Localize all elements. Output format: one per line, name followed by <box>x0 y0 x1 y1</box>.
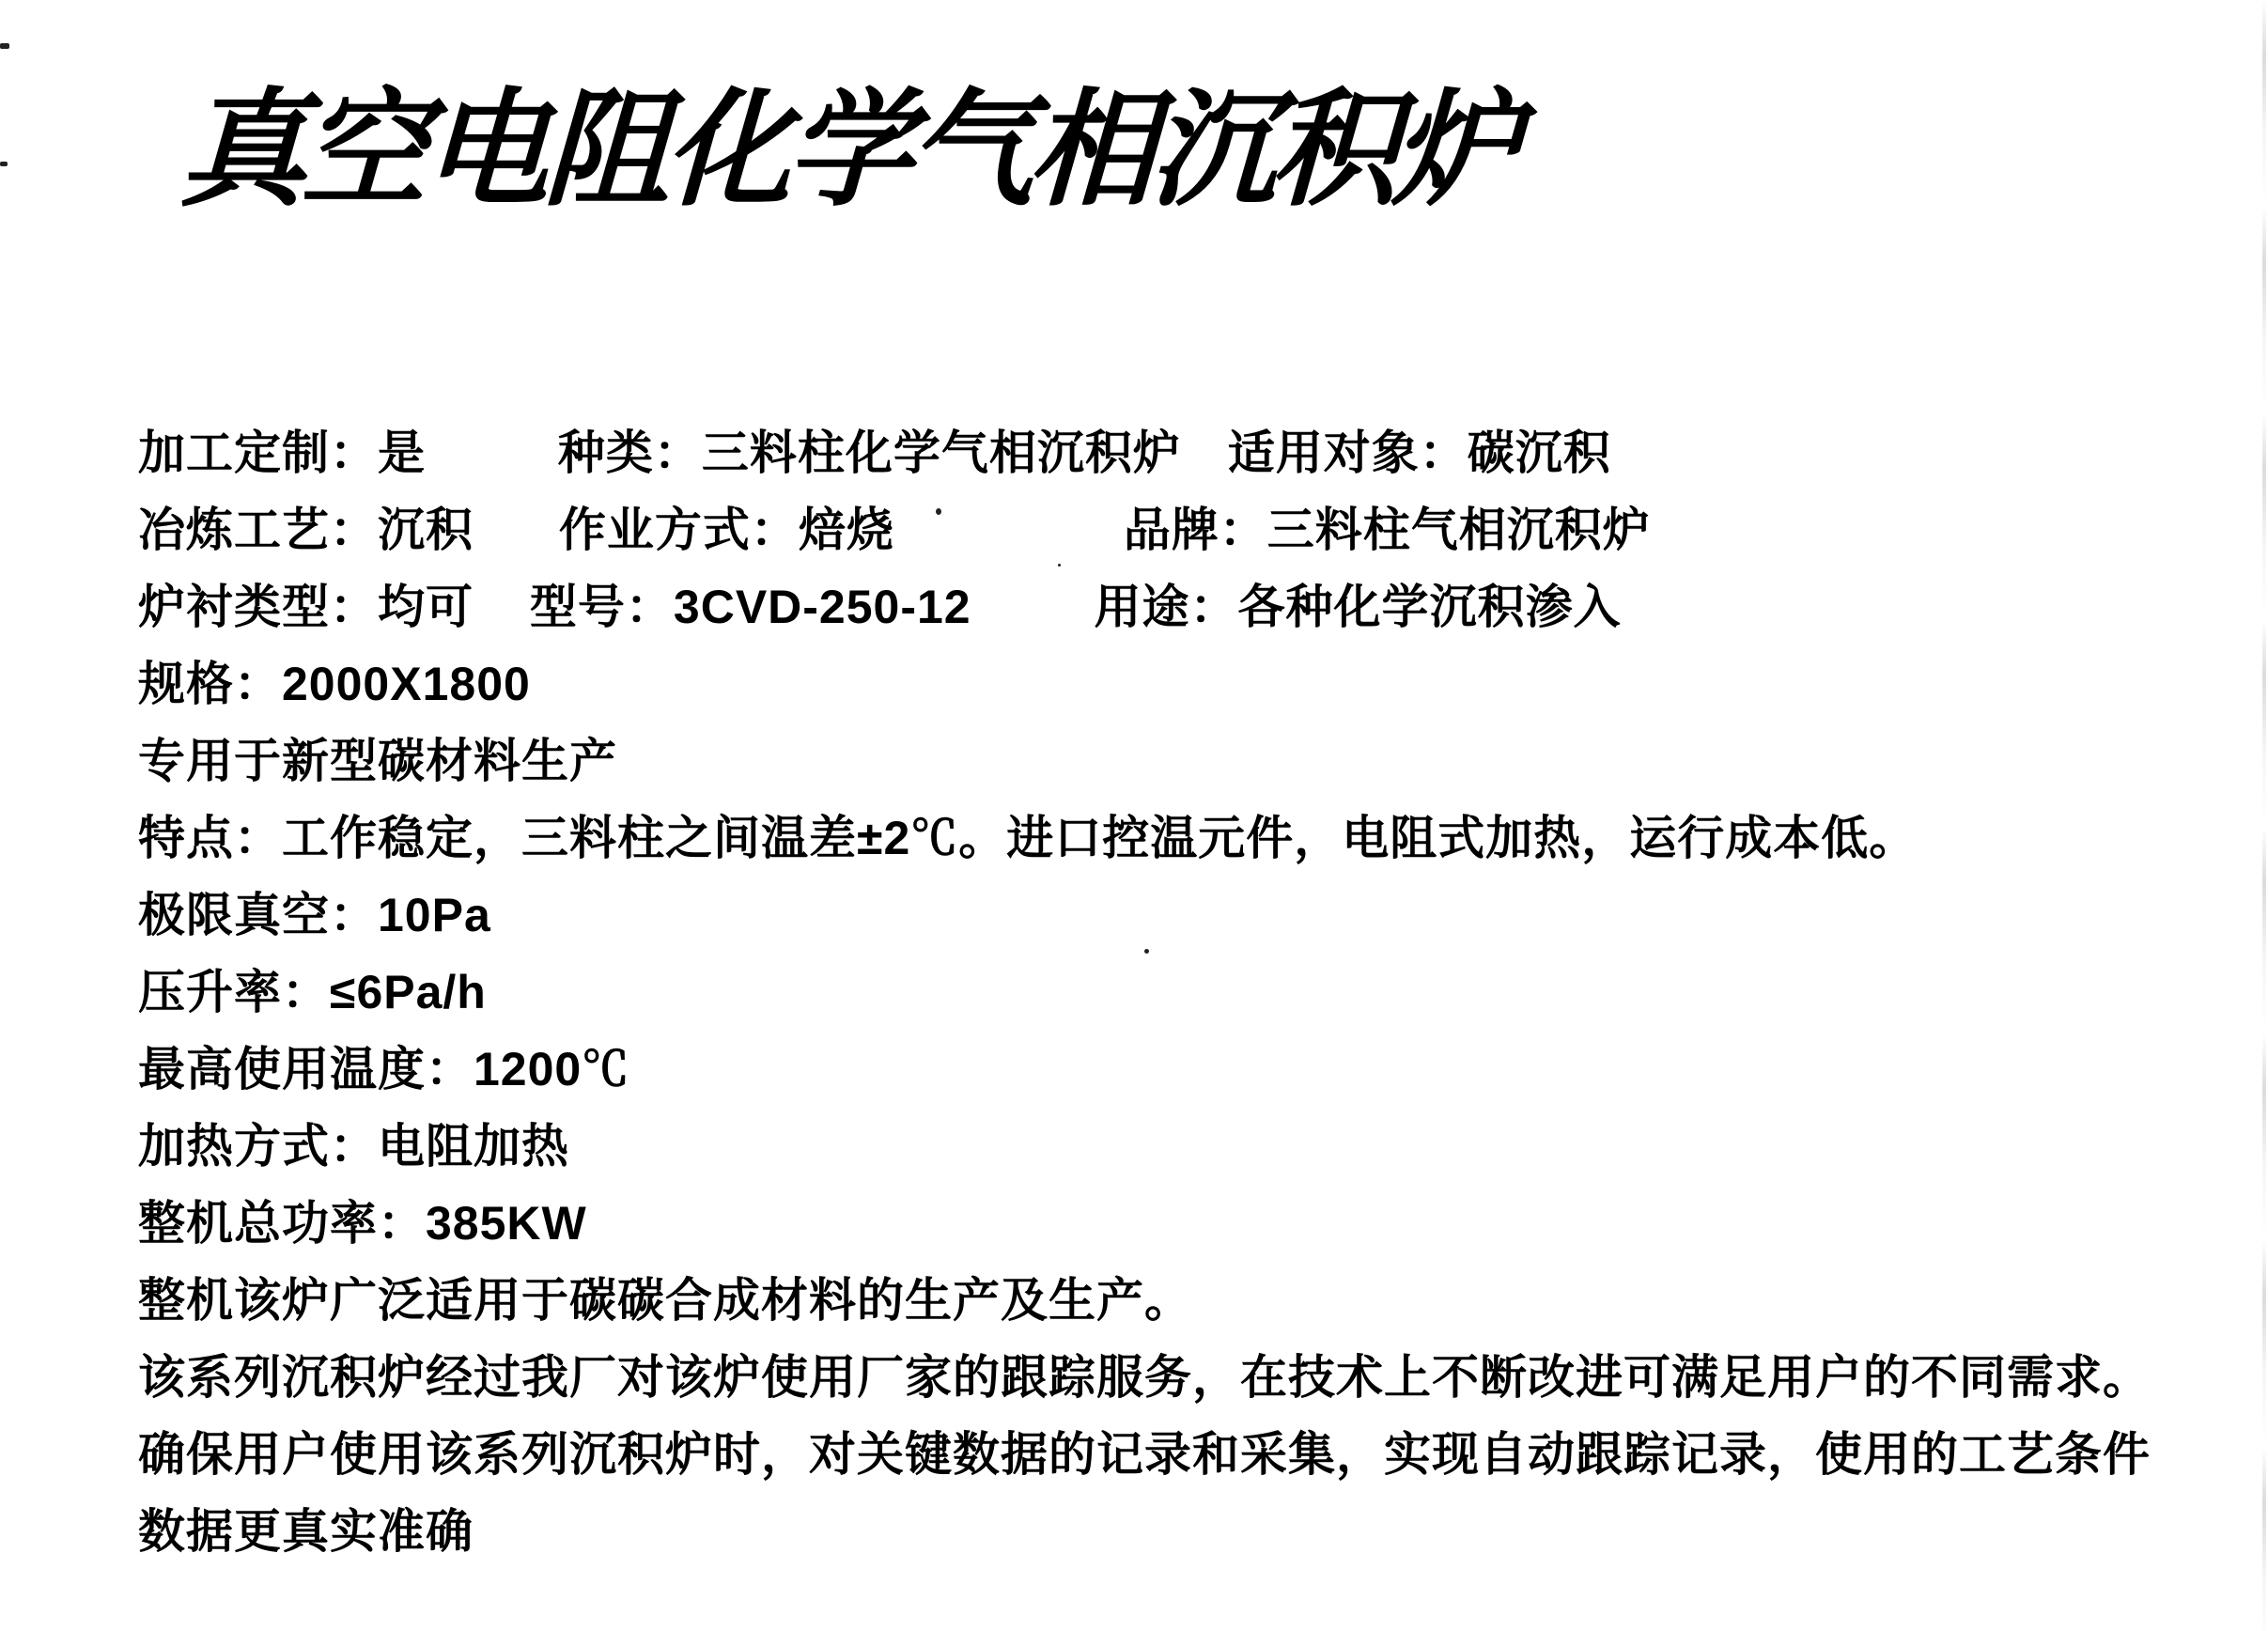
spec-operation-mode: 作业方式：焙烧 <box>559 491 894 568</box>
scan-speck <box>0 162 8 166</box>
spec-ultimate-vacuum: 极限真空：10Pa <box>138 877 2151 954</box>
scan-edge-artifact <box>2262 0 2266 1631</box>
spec-pressure-rise: 压升率：≤6Pa/h <box>138 954 2151 1031</box>
spec-application-note: 整机该炉广泛适用于碳碳合成材料的生产及生产。 <box>138 1262 2151 1339</box>
scan-speck <box>1058 564 1061 567</box>
scan-speck <box>1144 949 1149 954</box>
spec-lining-type: 炉衬类型：均可 <box>138 568 474 645</box>
spec-dedicated-use: 专用于新型碳材料生产 <box>138 722 2151 800</box>
spec-heating-method: 加热方式：电阻加热 <box>138 1108 2151 1185</box>
spec-features: 特点：工作稳定，三料柱之间温差±2℃。进口控温元件，电阻式加热，运行成本低。 <box>138 800 2151 877</box>
spec-max-temperature: 最高使用温度：1200℃ <box>138 1031 2151 1108</box>
spec-data-accuracy-note: 数据更真实准确 <box>138 1493 2151 1570</box>
spec-total-power: 整机总功率：385KW <box>138 1185 2151 1262</box>
spec-data-logging-note: 确保用户使用该系列沉积炉时，对关键数据的记录和采集，实现自动跟踪记录，使用的工艺… <box>138 1416 2151 1493</box>
spec-service-note: 该系列沉积炉经过我厂对该炉使用厂家的跟踪服务，在技术上不断改进可满足用户的不同需… <box>138 1339 2151 1416</box>
document-page: 真空电阻化学气相沉积炉 加工定制：是 种类：三料柱化学气相沉积炉 适用对象：碳沉… <box>0 0 2268 1631</box>
spec-category: 种类：三料柱化学气相沉积炉 <box>558 414 1181 491</box>
spec-usage: 用途：各种化学沉积渗入 <box>1095 568 1622 645</box>
spec-brand: 品牌：三料柱气相沉积炉 <box>1124 491 1651 568</box>
spec-row: 冶炼工艺：沉积 作业方式：焙烧 品牌：三料柱气相沉积炉 <box>138 491 2151 568</box>
spec-row: 加工定制：是 种类：三料柱化学气相沉积炉 适用对象：碳沉积 <box>138 414 2151 491</box>
page-title: 真空电阻化学气相沉积炉 <box>178 73 1516 225</box>
spec-application: 适用对象：碳沉积 <box>1228 414 1611 491</box>
spec-customization: 加工定制：是 <box>138 414 426 491</box>
scan-speck <box>0 43 9 49</box>
spec-dimensions: 规格：2000X1800 <box>138 645 2151 722</box>
spec-row: 炉衬类型：均可 型号：3CVD-250-12 用途：各种化学沉积渗入 <box>138 568 2151 645</box>
spec-text-block: 加工定制：是 种类：三料柱化学气相沉积炉 适用对象：碳沉积 冶炼工艺：沉积 作业… <box>138 414 2151 1570</box>
spec-smelting-process: 冶炼工艺：沉积 <box>138 491 474 568</box>
scan-speck <box>936 508 941 515</box>
spec-model: 型号：3CVD-250-12 <box>530 568 971 645</box>
